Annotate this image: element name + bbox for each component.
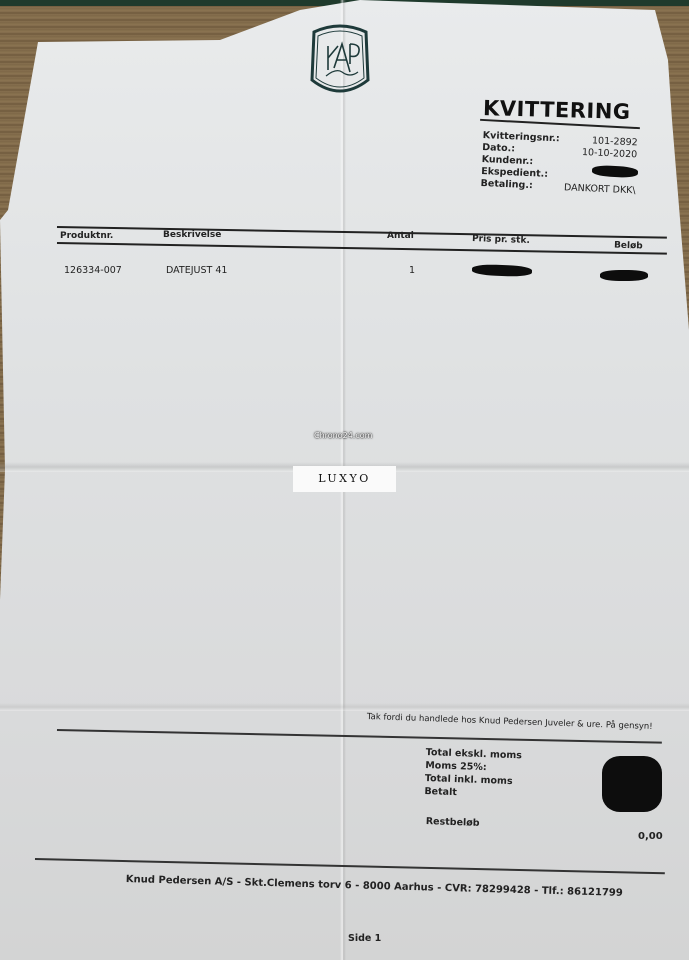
page-number: Side 1	[348, 933, 381, 944]
paper-fold-horizontal	[0, 703, 689, 711]
watermark-luxyo: LUXYO	[293, 466, 396, 492]
col-header-quantity: Antal	[387, 231, 414, 241]
col-header-product-no: Produktnr.	[60, 231, 113, 241]
col-header-description: Beskrivelse	[163, 230, 221, 240]
label-remaining: Restbeløb	[426, 816, 480, 829]
redaction-scribble-amount	[600, 270, 648, 281]
receipt-meta-labels: Kvitteringsnr.: Dato.: Kundenr.: Ekspedi…	[480, 130, 560, 193]
cell-description: DATEJUST 41	[166, 265, 227, 276]
col-header-amount: Beløb	[614, 241, 643, 252]
value-remaining: 0,00	[638, 831, 663, 842]
cell-quantity: 1	[409, 265, 415, 276]
kap-monogram-logo-icon	[306, 18, 374, 102]
cell-product-no: 126334-007	[64, 265, 122, 276]
col-header-unit-price: Pris pr. stk.	[472, 234, 530, 246]
watermark-chrono24: Chrono24.com	[314, 431, 372, 440]
totals-labels: Total ekskl. moms Moms 25%: Total inkl. …	[424, 746, 522, 801]
redaction-scribble-totals	[602, 756, 662, 812]
